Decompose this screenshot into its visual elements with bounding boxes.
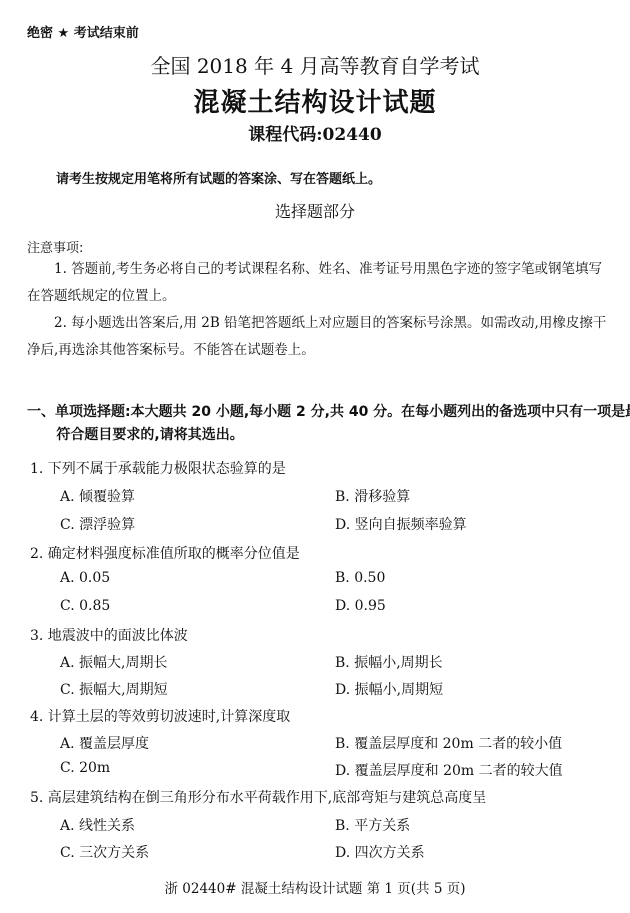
option-a: A. 倾覆验算 [60, 486, 135, 506]
option-c: C. 振幅大,周期短 [60, 679, 168, 699]
option-c: C. 三次方关系 [60, 842, 149, 862]
course-code: 课程代码:02440 [0, 120, 630, 145]
option-c: C. 20m [60, 760, 110, 776]
option-c: C. 漂浮验算 [60, 514, 135, 534]
question-stem: 4. 计算土层的等效剪切波速时,计算深度取 [30, 706, 290, 726]
notes-title: 注意事项: [27, 237, 83, 256]
note-item: 2. 每小题选出答案后,用 2B 铅笔把答题纸上对应题目的答案标号涂黑。如需改动… [27, 310, 612, 364]
answer-instruction: 请考生按规定用笔将所有试题的答案涂、写在答题纸上。 [56, 168, 381, 187]
option-a: A. 线性关系 [60, 815, 135, 835]
page-footer: 浙 02440# 混凝土结构设计试题 第 1 页(共 5 页) [0, 877, 630, 897]
option-b: B. 振幅小,周期长 [335, 652, 443, 672]
option-d: D. 振幅小,周期短 [335, 679, 443, 699]
option-d: D. 覆盖层厚度和 20m 二者的较大值 [335, 760, 563, 780]
option-c: C. 0.85 [60, 598, 110, 614]
option-d: D. 四次方关系 [335, 842, 425, 862]
option-b: B. 平方关系 [335, 815, 410, 835]
option-d: D. 竖向自振频率验算 [335, 514, 467, 534]
option-b: B. 0.50 [335, 570, 385, 586]
question-stem: 1. 下列不属于承载能力极限状态验算的是 [30, 458, 286, 478]
confidential-label: 绝密 ★ 考试结束前 [27, 22, 139, 41]
part-title: 选择题部分 [0, 199, 630, 222]
option-a: A. 0.05 [60, 570, 110, 586]
option-b: B. 覆盖层厚度和 20m 二者的较小值 [335, 733, 562, 753]
question-stem: 5. 高层建筑结构在倒三角形分布水平荷载作用下,底部弯矩与建筑总高度呈 [30, 787, 486, 807]
subject-title: 混凝土结构设计试题 [0, 82, 630, 119]
option-d: D. 0.95 [335, 598, 386, 614]
option-b: B. 滑移验算 [335, 486, 410, 506]
question-stem: 2. 确定材料强度标准值所取的概率分位值是 [30, 543, 300, 563]
section-heading: 一、单项选择题:本大题共 20 小题,每小题 2 分,共 40 分。在每小题列出… [27, 401, 630, 447]
option-a: A. 覆盖层厚度 [60, 733, 149, 753]
exam-title: 全国 2018 年 4 月高等教育自学考试 [0, 50, 630, 79]
option-a: A. 振幅大,周期长 [60, 652, 167, 672]
note-item: 1. 答题前,考生务必将自己的考试课程名称、姓名、准考证号用黑色字迹的签字笔或钢… [27, 256, 612, 310]
question-stem: 3. 地震波中的面波比体波 [30, 625, 188, 645]
